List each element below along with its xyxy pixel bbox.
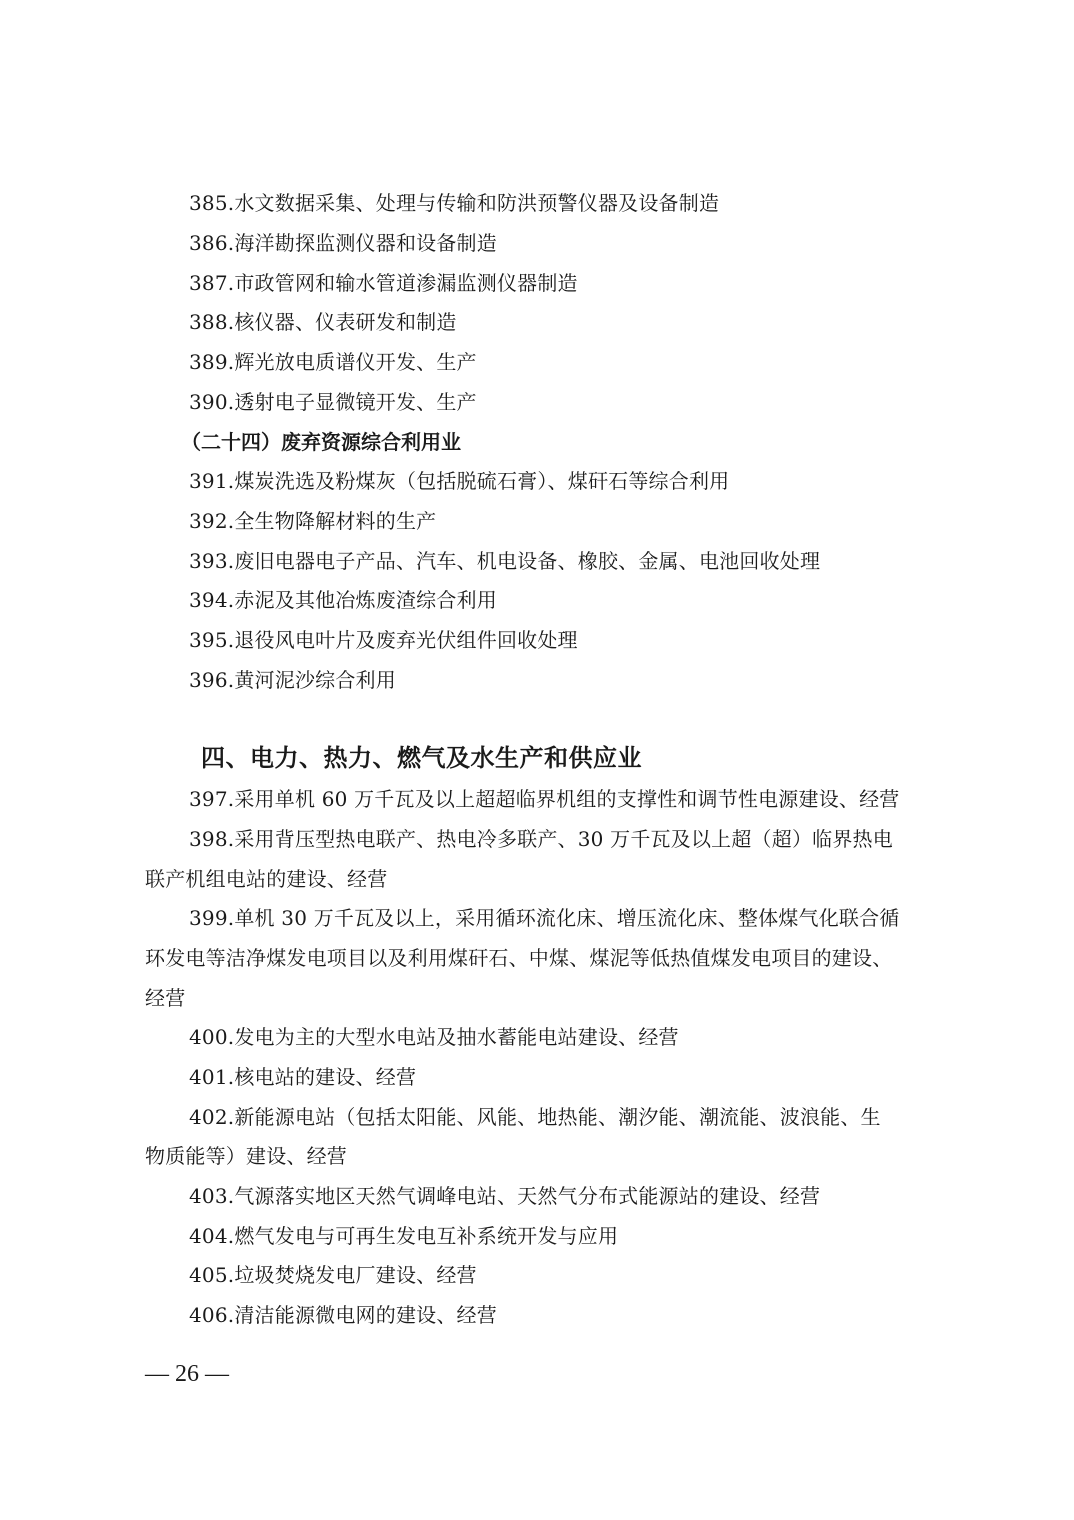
list-item: 388.核仪器、仪表研发和制造 — [189, 310, 457, 334]
list-item: 403.气源落实地区天然气调峰电站、天然气分布式能源站的建设、经营 — [189, 1184, 820, 1208]
list-item: 398.采用背压型热电联产、热电冷多联产、30 万千瓦及以上超（超）临界热电 — [189, 827, 893, 851]
subsection-heading: （二十四）废弃资源综合利用业 — [181, 430, 461, 454]
list-item-continuation: 物质能等）建设、经营 — [145, 1144, 347, 1168]
list-item: 404.燃气发电与可再生发电互补系统开发与应用 — [189, 1224, 618, 1248]
document-page: 385.水文数据采集、处理与传输和防洪预警仪器及设备制造 386.海洋勘探监测仪… — [0, 0, 1074, 1520]
list-item: 385.水文数据采集、处理与传输和防洪预警仪器及设备制造 — [189, 191, 719, 215]
list-item: 394.赤泥及其他冶炼废渣综合利用 — [189, 588, 497, 612]
list-item: 405.垃圾焚烧发电厂建设、经营 — [189, 1263, 477, 1287]
list-item: 399.单机 30 万千瓦及以上，采用循环流化床、增压流化床、整体煤气化联合循 — [189, 906, 900, 930]
list-item: 406.清洁能源微电网的建设、经营 — [189, 1303, 497, 1327]
list-item-continuation: 经营 — [145, 986, 185, 1010]
list-item: 401.核电站的建设、经营 — [189, 1065, 416, 1089]
list-item: 402.新能源电站（包括太阳能、风能、地热能、潮汐能、潮流能、波浪能、生 — [189, 1105, 881, 1129]
list-item: 387.市政管网和输水管道渗漏监测仪器制造 — [189, 271, 578, 295]
list-item-continuation: 联产机组电站的建设、经营 — [145, 867, 387, 891]
list-item: 392.全生物降解材料的生产 — [189, 509, 436, 533]
list-item: 400.发电为主的大型水电站及抽水蓄能电站建设、经营 — [189, 1025, 679, 1049]
list-item: 396.黄河泥沙综合利用 — [189, 668, 396, 692]
page-number: — 26 — — [145, 1360, 229, 1388]
list-item: 390.透射电子显微镜开发、生产 — [189, 390, 477, 414]
list-item: 393.废旧电器电子产品、汽车、机电设备、橡胶、金属、电池回收处理 — [189, 549, 820, 573]
list-item: 389.辉光放电质谱仪开发、生产 — [189, 350, 477, 374]
list-item: 395.退役风电叶片及废弃光伏组件回收处理 — [189, 628, 578, 652]
list-item: 397.采用单机 60 万千瓦及以上超超临界机组的支撑性和调节性电源建设、经营 — [189, 787, 900, 811]
section-heading: 四、电力、热力、燃气及水生产和供应业 — [201, 743, 642, 773]
list-item: 386.海洋勘探监测仪器和设备制造 — [189, 231, 497, 255]
list-item: 391.煤炭洗选及粉煤灰（包括脱硫石膏）、煤矸石等综合利用 — [189, 469, 729, 493]
list-item-continuation: 环发电等洁净煤发电项目以及利用煤矸石、中煤、煤泥等低热值煤发电项目的建设、 — [145, 946, 892, 970]
